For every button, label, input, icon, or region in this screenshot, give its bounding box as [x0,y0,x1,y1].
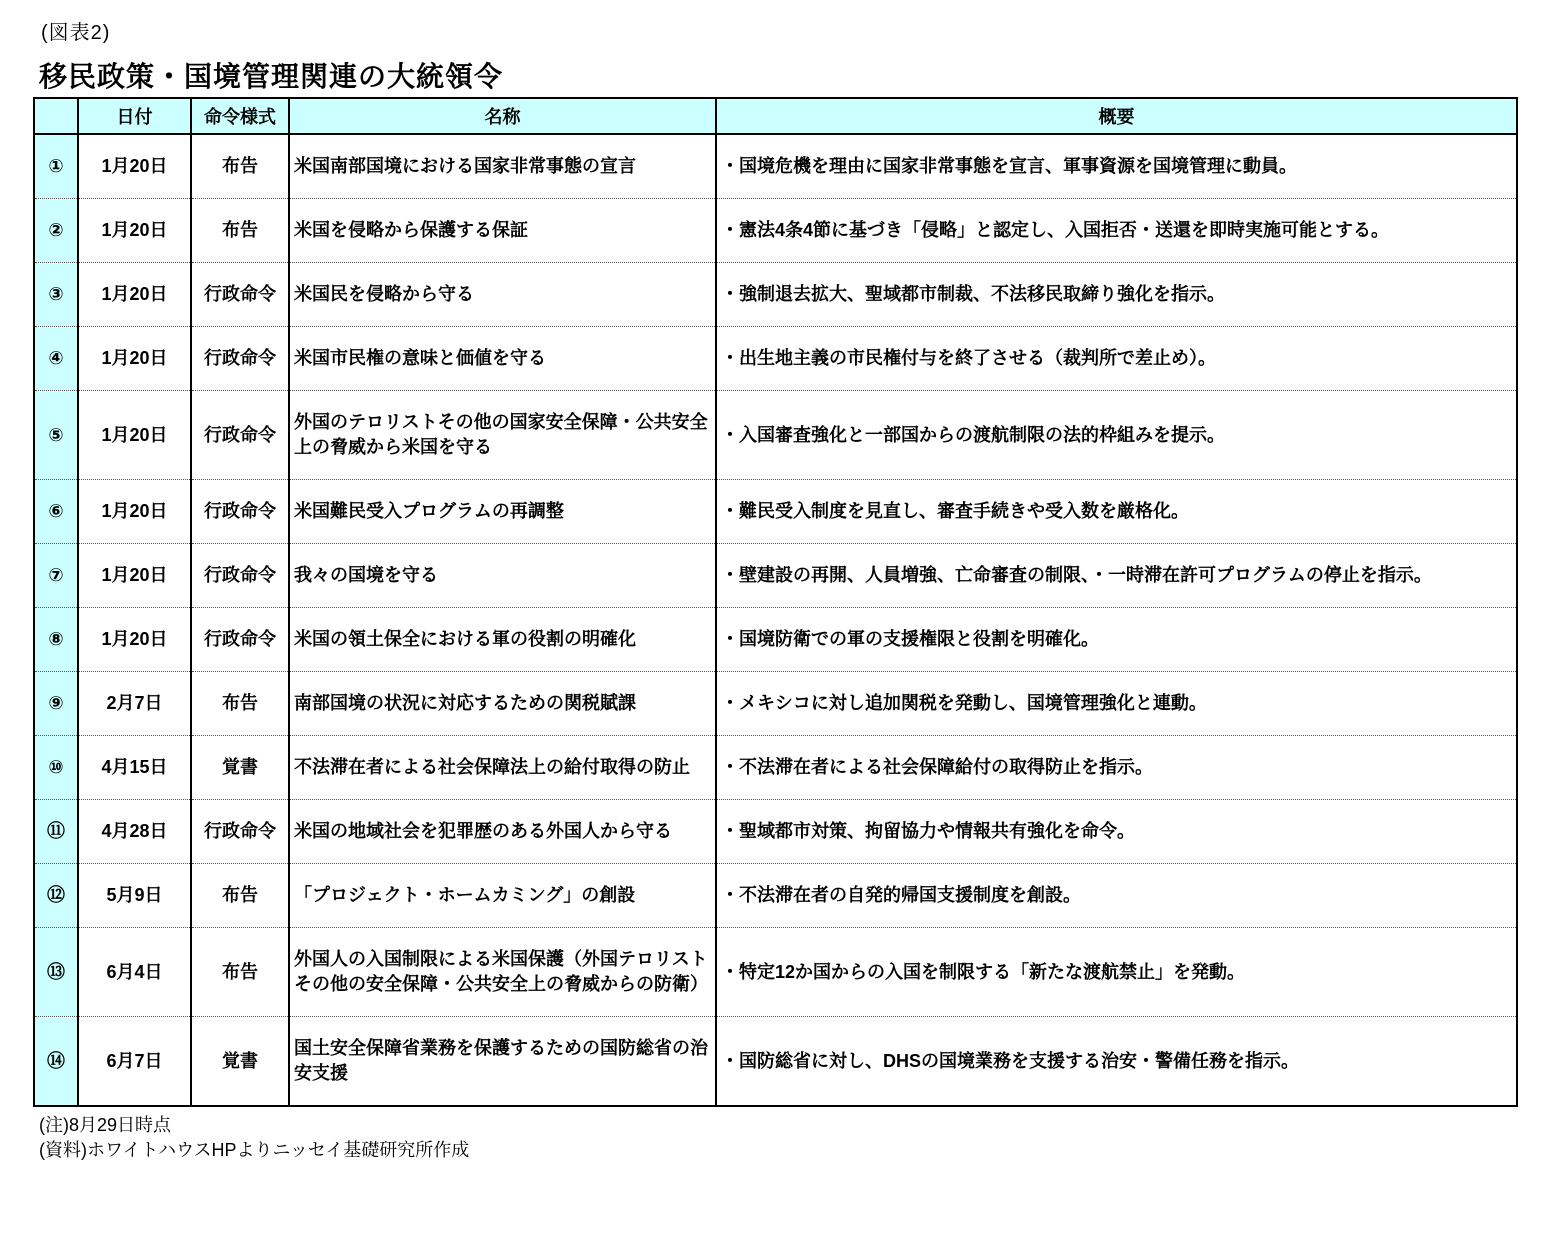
table-header: 日付 命令様式 名称 概要 [34,98,1517,134]
header-cell-type: 命令様式 [191,98,289,134]
table-row: ④1月20日行政命令米国市民権の意味と価値を守る・出生地主義の市民権付与を終了さ… [34,327,1517,391]
figure-label: (図表2) [41,16,1560,45]
orders-table: 日付 命令様式 名称 概要 ①1月20日布告米国南部国境における国家非常事態の宣… [33,97,1518,1107]
note-asof: (注)8月29日時点 [39,1113,1560,1138]
table-body: ①1月20日布告米国南部国境における国家非常事態の宣言・国境危機を理由に国家非常… [34,134,1517,1106]
row-date: 4月15日 [78,736,191,800]
header-cell-summary: 概要 [716,98,1517,134]
row-summary: ・特定12か国からの入国を制限する「新たな渡航禁止」を発動。 [716,928,1517,1017]
header-row: 日付 命令様式 名称 概要 [34,98,1517,134]
row-type: 行政命令 [191,263,289,327]
row-date: 1月20日 [78,263,191,327]
row-number: ⑦ [34,544,78,608]
row-name: 「プロジェクト・ホームカミング」の創設 [289,864,716,928]
table-row: ⑬6月4日布告外国人の入国制限による米国保護（外国テロリストその他の安全保障・公… [34,928,1517,1017]
footnotes: (注)8月29日時点 (資料)ホワイトハウスHPよりニッセイ基礎研究所作成 [39,1113,1560,1163]
row-date: 2月7日 [78,672,191,736]
row-type: 布告 [191,134,289,199]
row-name: 米国を侵略から保護する保証 [289,199,716,263]
row-summary: ・強制退去拡大、聖域都市制裁、不法移民取締り強化を指示。 [716,263,1517,327]
row-name: 米国南部国境における国家非常事態の宣言 [289,134,716,199]
row-name: 米国の領土保全における軍の役割の明確化 [289,608,716,672]
table-row: ⑪4月28日行政命令米国の地域社会を犯罪歴のある外国人から守る・聖域都市対策、拘… [34,800,1517,864]
row-number: ⑩ [34,736,78,800]
row-summary: ・不法滞在者による社会保障給付の取得防止を指示。 [716,736,1517,800]
row-name: 米国の地域社会を犯罪歴のある外国人から守る [289,800,716,864]
row-type: 行政命令 [191,544,289,608]
row-type: 覚書 [191,736,289,800]
row-date: 6月7日 [78,1017,191,1107]
row-name: 不法滞在者による社会保障法上の給付取得の防止 [289,736,716,800]
note-source: (資料)ホワイトハウスHPよりニッセイ基礎研究所作成 [39,1138,1560,1163]
row-summary: ・メキシコに対し追加関税を発動し、国境管理強化と連動。 [716,672,1517,736]
row-summary: ・出生地主義の市民権付与を終了させる（裁判所で差止め）。 [716,327,1517,391]
table-row: ⑩4月15日覚書不法滞在者による社会保障法上の給付取得の防止・不法滞在者による社… [34,736,1517,800]
row-summary: ・憲法4条4節に基づき「侵略」と認定し、入国拒否・送還を即時実施可能とする。 [716,199,1517,263]
row-type: 布告 [191,672,289,736]
row-number: ⑤ [34,391,78,480]
row-type: 布告 [191,864,289,928]
row-summary: ・壁建設の再開、人員増強、亡命審査の制限、・一時滞在許可プログラムの停止を指示。 [716,544,1517,608]
table-row: ⑥1月20日行政命令米国難民受入プログラムの再調整・難民受入制度を見直し、審査手… [34,480,1517,544]
header-cell-name: 名称 [289,98,716,134]
row-name: 米国民を侵略から守る [289,263,716,327]
table-row: ③1月20日行政命令米国民を侵略から守る・強制退去拡大、聖域都市制裁、不法移民取… [34,263,1517,327]
row-name: 米国難民受入プログラムの再調整 [289,480,716,544]
row-date: 1月20日 [78,199,191,263]
row-date: 1月20日 [78,327,191,391]
row-number: ⑫ [34,864,78,928]
content-area: (図表2) 移民政策・国境管理関連の大統領令 日付 命令様式 名称 概要 ①1月… [0,0,1560,1163]
table-row: ⑧1月20日行政命令米国の領土保全における軍の役割の明確化・国境防衛での軍の支援… [34,608,1517,672]
row-number: ② [34,199,78,263]
row-type: 行政命令 [191,327,289,391]
row-name: 南部国境の状況に対応するための関税賦課 [289,672,716,736]
row-type: 布告 [191,928,289,1017]
row-date: 1月20日 [78,391,191,480]
row-type: 布告 [191,199,289,263]
row-type: 覚書 [191,1017,289,1107]
row-type: 行政命令 [191,391,289,480]
table-row: ①1月20日布告米国南部国境における国家非常事態の宣言・国境危機を理由に国家非常… [34,134,1517,199]
table-row: ⑫5月9日布告「プロジェクト・ホームカミング」の創設・不法滞在者の自発的帰国支援… [34,864,1517,928]
table-row: ②1月20日布告米国を侵略から保護する保証・憲法4条4節に基づき「侵略」と認定し… [34,199,1517,263]
table-row: ⑤1月20日行政命令外国のテロリストその他の国家安全保障・公共安全上の脅威から米… [34,391,1517,480]
page-title: 移民政策・国境管理関連の大統領令 [39,55,1560,95]
row-summary: ・不法滞在者の自発的帰国支援制度を創設。 [716,864,1517,928]
row-number: ④ [34,327,78,391]
row-type: 行政命令 [191,800,289,864]
row-number: ⑭ [34,1017,78,1107]
row-date: 6月4日 [78,928,191,1017]
table-row: ⑭6月7日覚書国土安全保障省業務を保護するための国防総省の治安支援・国防総省に対… [34,1017,1517,1107]
header-cell-number [34,98,78,134]
row-summary: ・聖域都市対策、拘留協力や情報共有強化を命令。 [716,800,1517,864]
row-number: ① [34,134,78,199]
row-number: ⑨ [34,672,78,736]
row-name: 米国市民権の意味と価値を守る [289,327,716,391]
row-date: 5月9日 [78,864,191,928]
row-name: 外国人の入国制限による米国保護（外国テロリストその他の安全保障・公共安全上の脅威… [289,928,716,1017]
row-summary: ・国境防衛での軍の支援権限と役割を明確化。 [716,608,1517,672]
row-name: 外国のテロリストその他の国家安全保障・公共安全上の脅威から米国を守る [289,391,716,480]
row-type: 行政命令 [191,608,289,672]
page: (図表2) 移民政策・国境管理関連の大統領令 日付 命令様式 名称 概要 ①1月… [0,0,1560,1241]
row-type: 行政命令 [191,480,289,544]
table-row: ⑨2月7日布告南部国境の状況に対応するための関税賦課・メキシコに対し追加関税を発… [34,672,1517,736]
row-number: ③ [34,263,78,327]
row-summary: ・入国審査強化と一部国からの渡航制限の法的枠組みを提示。 [716,391,1517,480]
header-cell-date: 日付 [78,98,191,134]
row-number: ⑧ [34,608,78,672]
table-row: ⑦1月20日行政命令我々の国境を守る・壁建設の再開、人員増強、亡命審査の制限、・… [34,544,1517,608]
row-summary: ・国境危機を理由に国家非常事態を宣言、軍事資源を国境管理に動員。 [716,134,1517,199]
row-number: ⑥ [34,480,78,544]
row-name: 国土安全保障省業務を保護するための国防総省の治安支援 [289,1017,716,1107]
row-date: 1月20日 [78,544,191,608]
row-date: 4月28日 [78,800,191,864]
row-date: 1月20日 [78,134,191,199]
row-number: ⑬ [34,928,78,1017]
row-date: 1月20日 [78,608,191,672]
row-summary: ・難民受入制度を見直し、審査手続きや受入数を厳格化。 [716,480,1517,544]
row-number: ⑪ [34,800,78,864]
row-name: 我々の国境を守る [289,544,716,608]
row-summary: ・国防総省に対し、DHSの国境業務を支援する治安・警備任務を指示。 [716,1017,1517,1107]
row-date: 1月20日 [78,480,191,544]
